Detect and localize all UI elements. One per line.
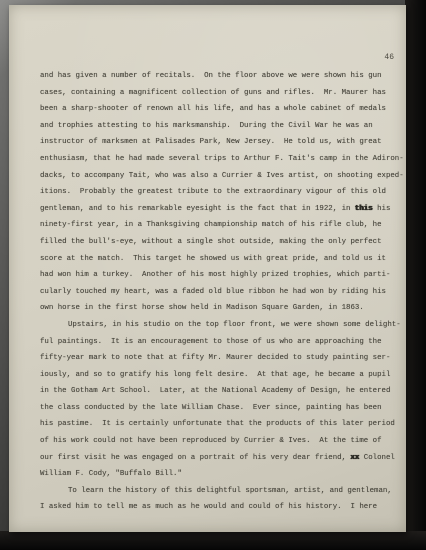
text-segment: I asked him to tell me as much as he wou…	[40, 503, 377, 511]
text-segment: been a sharp-shooter of renown all his l…	[40, 105, 386, 113]
paragraph: To learn the history of this delightful …	[40, 483, 400, 516]
text-line: had won him a turkey. Another of his mos…	[40, 267, 400, 284]
text-line: enthusiasm, that he had made several tri…	[40, 151, 400, 168]
text-line: his pastime. It is certainly unfortunate…	[40, 416, 400, 433]
text-line: instructor of marksmen at Palisades Park…	[40, 134, 400, 151]
text-line: Upstairs, in his studio on the top floor…	[40, 317, 400, 334]
text-line: I asked him to tell me as much as he wou…	[40, 499, 400, 516]
text-line: gentleman, and to his remarkable eyesigh…	[40, 201, 400, 218]
backdrop-shadow-right	[405, 0, 426, 550]
text-segment: filled the bull's-eye, without a single …	[40, 238, 382, 246]
text-line: itions. Probably the greatest tribute to…	[40, 184, 400, 201]
text-segment: enthusiasm, that he had made several tri…	[40, 155, 404, 163]
text-line: To learn the history of this delightful …	[40, 483, 400, 500]
text-line: our first visit he was engaged on a port…	[40, 450, 400, 467]
text-line: and has given a number of recitals. On t…	[40, 68, 400, 85]
text-segment: of his work could not have been reproduc…	[40, 437, 382, 445]
text-segment: iously, and so to gratify his long felt …	[40, 371, 390, 379]
photographed-page-backdrop: { "page": { "number": "46" }, "colors": …	[0, 0, 426, 550]
text-segment: Upstairs, in his studio on the top floor…	[68, 321, 401, 329]
text-segment: and trophies attesting to his marksmansh…	[40, 122, 373, 130]
text-line: cases, containing a magnificent collecti…	[40, 85, 400, 102]
text-segment: fifty-year mark to note that at fifty Mr…	[40, 354, 390, 362]
text-segment: cularly touched my heart, was a faded ol…	[40, 288, 386, 296]
text-segment: cases, containing a magnificent collecti…	[40, 89, 386, 97]
paragraph: and has given a number of recitals. On t…	[40, 68, 400, 317]
text-segment: itions. Probably the greatest tribute to…	[40, 188, 386, 196]
text-line: cularly touched my heart, was a faded ol…	[40, 284, 400, 301]
text-segment: instructor of marksmen at Palisades Park…	[40, 138, 382, 146]
typewritten-page: 46 and has given a number of recitals. O…	[9, 5, 406, 532]
text-line: been a sharp-shooter of renown all his l…	[40, 101, 400, 118]
text-line: filled the bull's-eye, without a single …	[40, 234, 400, 251]
text-line: the class conducted by the late William …	[40, 400, 400, 417]
text-segment: To learn the history of this delightful …	[68, 487, 392, 495]
text-segment: ful paintings. It is an encouragement to…	[40, 338, 382, 346]
text-line: ful paintings. It is an encouragement to…	[40, 334, 400, 351]
text-line: fifty-year mark to note that at fifty Mr…	[40, 350, 400, 367]
text-segment: in the Gotham Art School. Later, at the …	[40, 387, 390, 395]
text-segment: score at the match. This target he showe…	[40, 255, 386, 263]
text-segment: his	[373, 205, 391, 213]
text-line: own horse in the first horse show held i…	[40, 300, 400, 317]
text-segment: had won him a turkey. Another of his mos…	[40, 271, 390, 279]
text-line: ninety-first year, in a Thanksgiving cha…	[40, 217, 400, 234]
text-line: of his work could not have been reproduc…	[40, 433, 400, 450]
text-line: in the Gotham Art School. Later, at the …	[40, 383, 400, 400]
paragraph: Upstairs, in his studio on the top floor…	[40, 317, 400, 483]
overstruck-text: this	[355, 205, 373, 213]
text-segment: own horse in the first horse show held i…	[40, 304, 364, 312]
text-line: dacks, to accompany Tait, who was also a…	[40, 168, 400, 185]
text-segment: dacks, to accompany Tait, who was also a…	[40, 172, 404, 180]
text-segment: his pastime. It is certainly unfortunate…	[40, 420, 395, 428]
text-line: score at the match. This target he showe…	[40, 251, 400, 268]
overstruck-text: xx	[350, 454, 359, 462]
backdrop-shadow-bottom	[0, 531, 426, 550]
text-segment: Colonel	[359, 454, 394, 462]
text-segment: and has given a number of recitals. On t…	[40, 72, 382, 80]
text-segment: our first visit he was engaged on a port…	[40, 454, 350, 462]
text-line: and trophies attesting to his marksmansh…	[40, 118, 400, 135]
text-segment: the class conducted by the late William …	[40, 404, 382, 412]
page-number: 46	[384, 53, 394, 62]
text-segment: gentleman, and to his remarkable eyesigh…	[40, 205, 355, 213]
document-text: and has given a number of recitals. On t…	[40, 68, 400, 516]
text-segment: William F. Cody, "Buffalo Bill."	[40, 470, 182, 478]
text-line: iously, and so to gratify his long felt …	[40, 367, 400, 384]
text-line: William F. Cody, "Buffalo Bill."	[40, 466, 400, 483]
text-segment: ninety-first year, in a Thanksgiving cha…	[40, 221, 382, 229]
